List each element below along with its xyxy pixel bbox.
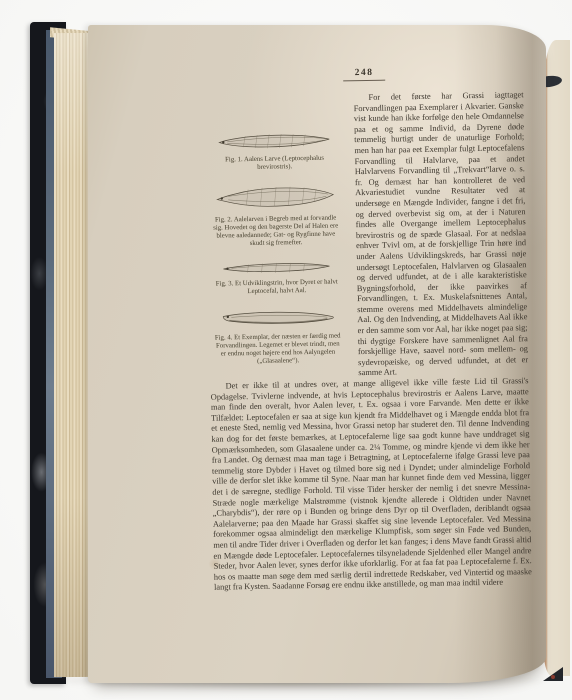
figure-column: Fig. 1. Aalens Larve (Leptocephalus brev… (206, 129, 346, 377)
figure-4: Fig. 4. Et Exemplar, der næsten er færdi… (209, 305, 346, 366)
eel-larva-illustration-1 (215, 130, 333, 154)
body-text: Fig. 1. Aalens Larve (Leptocephalus brev… (205, 90, 532, 593)
figure-2-caption: Fig. 2. Aalelarven i Begreb med at forva… (208, 214, 345, 248)
figure-2: Fig. 2. Aalelarven i Begreb med at forva… (207, 181, 344, 248)
eel-larva-illustration-2 (214, 182, 337, 214)
figure-4-caption: Fig. 4. Et Exemplar, der næsten er færdi… (210, 332, 347, 366)
printed-page-content: 248 Fig. 1. Aalens Larve (Leptocephalus … (205, 65, 532, 593)
paragraph-2: Det er ikke til at undres over, at mange… (210, 376, 532, 593)
figure-3: Fig. 3. Et Udviklingstrin, hvor Dyret er… (208, 257, 345, 296)
book-photo: 248 Fig. 1. Aalens Larve (Leptocephalus … (0, 0, 572, 700)
eel-larva-illustration-4 (219, 306, 335, 332)
figure-1-caption: Fig. 1. Aalens Larve (Leptocephalus brev… (207, 154, 343, 172)
figure-1: Fig. 1. Aalens Larve (Leptocephalus brev… (206, 129, 343, 172)
facing-page-sliver (544, 40, 570, 676)
facing-page-corner-mark (551, 675, 555, 679)
figure-3-caption: Fig. 3. Et Udviklingstrin, hvor Dyret er… (209, 278, 345, 296)
eel-larva-illustration-3 (220, 258, 332, 278)
